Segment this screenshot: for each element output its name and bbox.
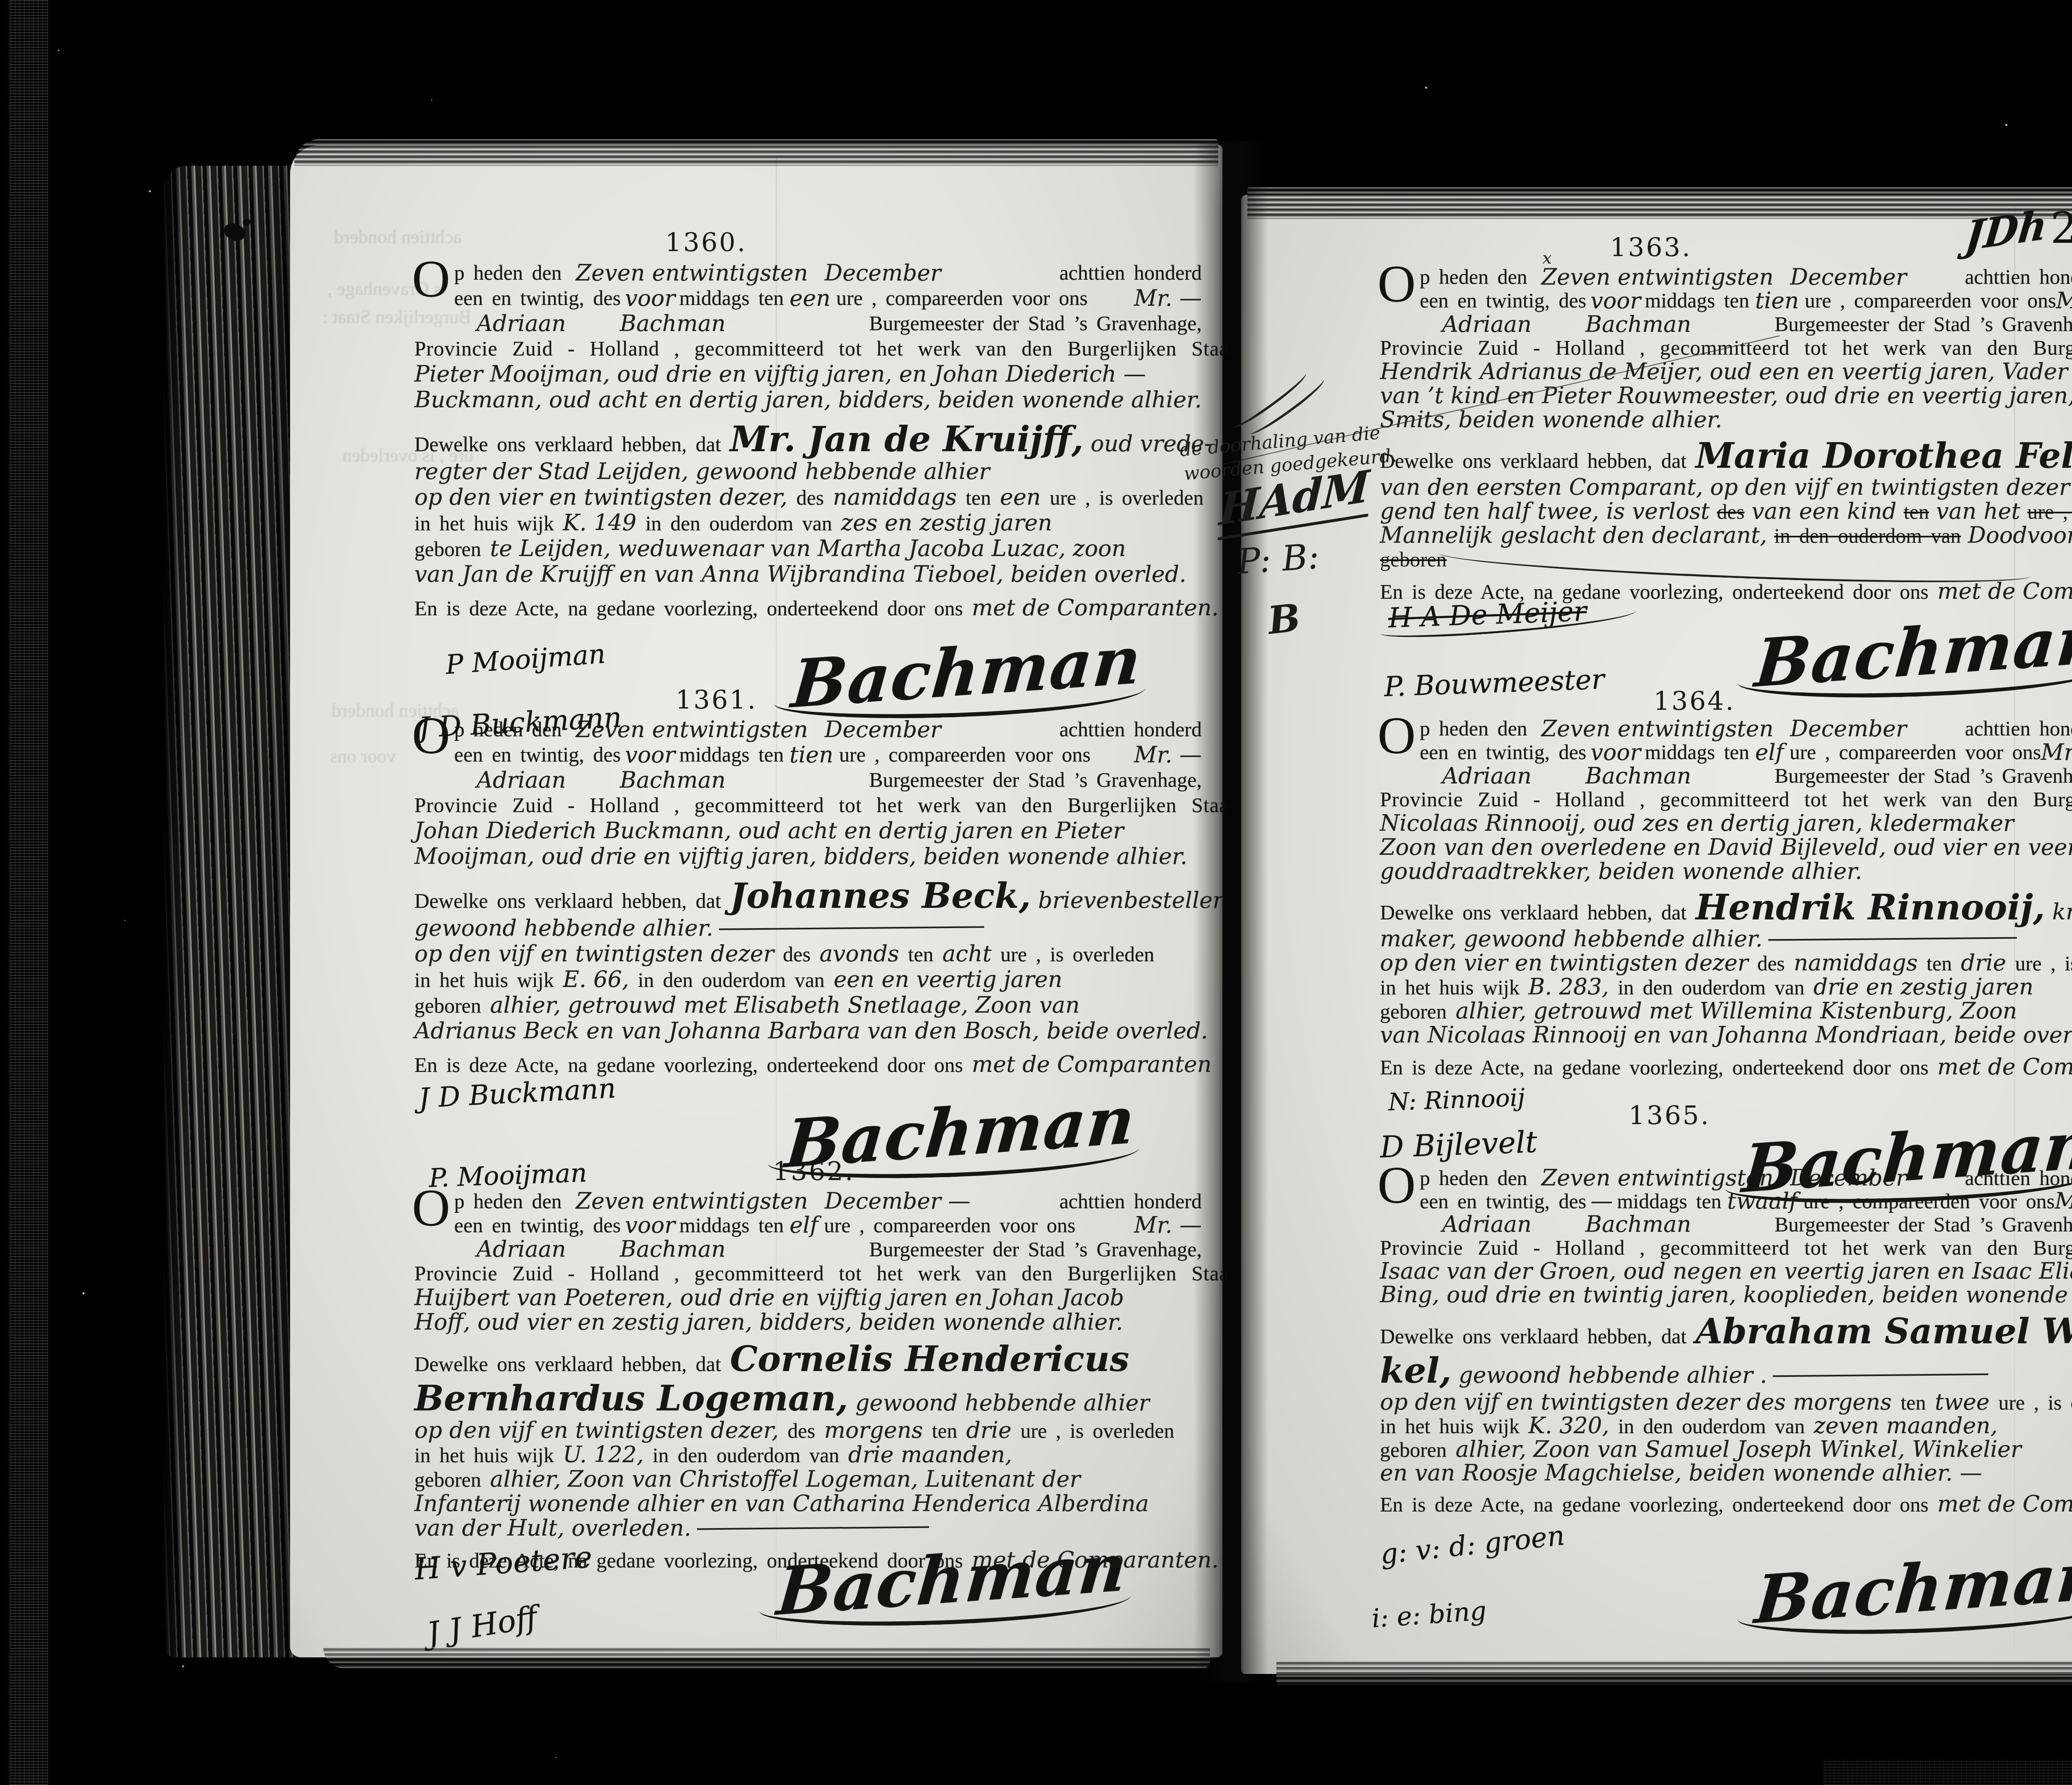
body-line: gend ten half twee, is verlost des van e… (1380, 499, 2072, 523)
printed-text: ure , is overleden (1041, 486, 1204, 509)
handwritten-date: Zeven entwintigsten (576, 260, 808, 285)
printed-text: middags ten (1645, 740, 1749, 764)
handwritten-text: van ’t kind en Pieter Rouwmeester, oud d… (1380, 382, 2072, 409)
printed-text: geboren (414, 1468, 490, 1491)
body-line: gewoond hebbende alhier. (414, 915, 1202, 941)
handwritten-text: een en veertig (833, 966, 997, 992)
handwritten-text: gewoond hebbende alhier . (1452, 1362, 1767, 1388)
witness-signature: P Mooijman (445, 639, 607, 681)
handwritten-date: Zeven entwintigsten (1542, 717, 1774, 740)
witness-signature: N: Rinnooij (1388, 1083, 1525, 1116)
handwritten-hour: elf (1755, 740, 1784, 764)
official-first-name: Adriaan (1442, 764, 1532, 788)
printed-text: een en twintig, des (454, 285, 621, 311)
handwritten-text: maker, gewoond hebbende alhier. (1380, 926, 1762, 952)
opening-line: AdriaanBachmanBurgemeester der Stad ’s G… (1380, 764, 2072, 788)
handwritten-daypart: voor (625, 285, 675, 311)
handwritten-text: drie (966, 1417, 1012, 1443)
deceased-name: kel, (1380, 1350, 1452, 1391)
handwritten-text: acht (942, 941, 992, 967)
printed-text: achttien honderd (1965, 265, 2072, 289)
printed-text: ure , compareerden voor ons (1805, 289, 2056, 312)
handwritten-text: Doodvoorgesteld . (1961, 522, 2072, 548)
deceased-name: Bernhardus Logeman, (414, 1378, 848, 1419)
handwritten-text: twee (1935, 1389, 1990, 1415)
entry-number: 1363. (1610, 232, 1692, 262)
printed-text: Burgemeester der Stad ’s Gravenhage, (869, 767, 1202, 793)
printed-text: een en twintig, des (454, 1213, 621, 1237)
body-line: Smits, beiden wonende alhier. (1380, 408, 2072, 432)
handwritten-text: een (1000, 484, 1041, 510)
printed-text: in den ouderdom van (644, 1444, 848, 1467)
handwritten-text: Pieter Mooijman, oud drie en vijftig jar… (414, 361, 1146, 387)
handwritten-text: alhier, getrouwd met Willemina Kistenbur… (1456, 998, 2017, 1024)
printed-text: Burgemeester der Stad ’s Gravenhage, (1774, 764, 2072, 788)
page-bottom-edge-right (1276, 1661, 2072, 1685)
handwritten-text: B. 283, (1528, 974, 1609, 1000)
handwritten-daypart: voor (625, 742, 675, 767)
bleedthrough-text: achttien honderd (334, 226, 462, 248)
printed-text: ure , compareerden voor ons (836, 285, 1088, 311)
deceased-name: Maria Dorothea Felkers, (1695, 435, 2072, 476)
handwritten-text: van den eersten Comparant, op den vijf e… (1380, 474, 2072, 500)
handwritten-text: Hoff, oud vier en zestig jaren, bidders,… (414, 1309, 1123, 1335)
official-first-name: Adriaan (1442, 312, 1532, 336)
opening-line: Provincie Zuid - Holland , gecommitteerd… (414, 1261, 1202, 1285)
official-last-name: Bachman (1585, 1213, 1691, 1236)
handwritten-text: Hendrik Adrianus de Meijer, oud een en v… (1380, 358, 2068, 385)
akte-entry: Op heden denZeven entwintigstenDecember … (414, 1189, 1202, 1572)
body-line: Hoff, oud vier en zestig jaren, bidders,… (414, 1310, 1202, 1334)
handwritten-month: December (825, 717, 941, 742)
body-line: Dewelke ons verklaard hebben, dat Johann… (414, 876, 1202, 915)
official-first-name: Adriaan (477, 767, 566, 793)
entry-number: 1360. (665, 227, 747, 257)
printed-text: ure , compareerden voor ons (839, 742, 1091, 767)
handwritten-hour: tien (1755, 289, 1799, 312)
handwritten-comparanten: met de Comparanten. (972, 595, 1219, 621)
opening-line: AdriaanBachmanBurgemeester der Stad ’s G… (414, 311, 1202, 336)
body-line: Infanterij wonende alhier en van Cathari… (414, 1491, 1202, 1516)
pen-stroke-icon (1773, 1374, 1988, 1377)
printed-text: achttien honderd (1059, 1189, 1202, 1213)
opening-line: Op heden denZeven entwintigstenDecembera… (1380, 265, 2072, 289)
body-line: geboren alhier, Zoon van Christoffel Log… (414, 1467, 1202, 1491)
deceased-name: Mr. Jan de Kruijff, (730, 418, 1083, 460)
entry-number: 1364. (1653, 686, 1736, 716)
printed-text: in het huis wijk (414, 512, 563, 535)
handwritten-text: van Nicolaas Rinnooij en van Johanna Mon… (1380, 1022, 2072, 1048)
printed-text: ure , compareerden voor ons (1790, 740, 2041, 764)
handwritten-mr: Mr. — (2041, 740, 2072, 764)
handwritten-text: E. 66, (563, 966, 629, 992)
printed-text: Burgemeester der Stad ’s Gravenhage, (1774, 1213, 2072, 1236)
body-line: van Jan de Kruijff en van Anna Wijbrandi… (414, 561, 1202, 587)
body-line: Isaac van der Groen, oud negen en veerti… (1380, 1259, 2072, 1283)
body-line: op den vier en twintigsten dezer des nam… (1380, 951, 2072, 975)
page-bottom-edge-left (323, 1647, 1210, 1669)
printed-text: Burgemeester der Stad ’s Gravenhage, (869, 1237, 1202, 1261)
body-line: Zoon van den overledene en David Bijleve… (1380, 835, 2072, 859)
printed-text: middags ten (679, 1213, 784, 1237)
printed-text: Dewelke ons verklaard hebben, dat (1380, 1325, 1695, 1348)
page-top-edge-right (1247, 187, 2072, 219)
official-last-name: Bachman (1585, 312, 1691, 336)
handwritten-comparanten: met de Comparanten (972, 1051, 1212, 1077)
handwritten-text: K. 149 (563, 510, 637, 536)
printed-text: achttien honderd (1059, 260, 1202, 285)
handwritten-text: van een kind (1745, 498, 1904, 524)
handwritten-text: van Jan de Kruijff en van Anna Wijbrandi… (414, 561, 1186, 587)
opening-line: AdriaanBachmanBurgemeester der Stad ’s G… (414, 767, 1202, 793)
printed-text: ten (1918, 952, 1961, 975)
printed-text: des (779, 1419, 824, 1442)
handwritten-hour: tien (789, 742, 833, 767)
handwritten-mr: Mr. — (1134, 285, 1202, 311)
handwritten-text: Buckmann, oud acht en dertig jaren, bidd… (414, 387, 1202, 413)
scan-root: { "form": { "drop_cap": "O", "opening_pr… (0, 0, 2072, 1785)
body-line: op den vijf en twintigsten dezer, des mo… (414, 1418, 1202, 1442)
pen-stroke-icon (719, 926, 984, 930)
handwritten-mr: Mr. — (1134, 742, 1202, 767)
page-number: 229 (2050, 204, 2072, 253)
body-line: in het huis wijk B. 283, in den ouderdom… (1380, 975, 2072, 999)
handwritten-month: December (1790, 265, 1907, 289)
handwritten-daypart: voor (625, 1213, 675, 1237)
page-crease-left (776, 157, 777, 1641)
printed-text: des (774, 943, 820, 966)
handwritten-text: alhier, Zoon van Christoffel Logeman, Lu… (490, 1466, 1081, 1492)
printed-text: des (1748, 952, 1794, 975)
official-first-name: Adriaan (1442, 1213, 1532, 1236)
handwritten-text: jaren (997, 966, 1063, 992)
corner-x-mark: x (1542, 249, 1552, 268)
akte-entry: Op heden denZeven entwintigstenDecembera… (414, 260, 1202, 621)
handwritten-text: Nicolaas Rinnooij, oud zes en dertig jar… (1380, 810, 2014, 836)
akte-entry: Op heden denZeven entwintigstenDecembera… (414, 717, 1202, 1077)
entry-number: 1365. (1629, 1100, 1711, 1130)
handwritten-text: jaren (986, 510, 1052, 536)
handwritten-text: te Leijden, weduwenaar van Martha Jacoba… (490, 535, 1126, 561)
body-line: Bing, oud drie en twintig jaren, kooplie… (1380, 1283, 2072, 1306)
closing-line: En is deze Acte, na gedane voorlezing, o… (1380, 1055, 2072, 1079)
printed-text: geboren (414, 537, 490, 561)
handwritten-text: gend ten half twee, is verlost (1380, 498, 1717, 524)
handwritten-daypart: voor (1590, 289, 1641, 312)
opening-line: een en twintig, desvoormiddags tentienur… (414, 742, 1202, 767)
bachman-signature: Bachman (782, 1081, 1139, 1183)
closing-line: En is deze Acte, na gedane voorlezing, o… (1380, 1492, 2072, 1516)
printed-text: ure , is overleden (1012, 1419, 1174, 1442)
body-line: geboren te Leijden, weduwenaar van Marth… (414, 536, 1202, 561)
witness-signature: g: v: d: groen (1379, 1519, 1566, 1570)
printed-text: middags ten (1617, 1190, 1721, 1213)
witness-signature: J J Hoff (425, 1599, 540, 1652)
body-line: maker, gewoond hebbende alhier. (1380, 927, 2072, 951)
handwritten-text: namiddags (833, 484, 957, 510)
printed-text: Burgemeester der Stad ’s Gravenhage, (869, 311, 1202, 336)
bachman-signature: Bachman (1752, 601, 2072, 703)
opening-line: een en twintig, desvoormiddags tentienur… (1380, 289, 2072, 312)
body-line: gouddraadtrekker, beiden wonende alhier. (1380, 859, 2072, 883)
printed-text: des (787, 486, 833, 509)
page-stack-edge-left (162, 166, 299, 1657)
handwritten-text: Adrianus Beck en van Johanna Barbara van… (414, 1018, 1208, 1044)
printed-text: Dewelke ons verklaard hebben, dat (1380, 449, 1695, 472)
handwritten-text: gewoond hebbende alhier (848, 1390, 1150, 1416)
opening-line: Provincie Zuid - Holland , gecommitteerd… (414, 336, 1202, 361)
handwritten-text: alhier, getrouwd met Elisabeth Snetlaage… (490, 992, 1080, 1018)
handwritten-text: op den vijf en twintigsten dezer des mor… (1380, 1389, 1892, 1415)
printed-text: een en twintig, des (1420, 1190, 1586, 1213)
opening-line: een en twintig, desvoormiddags teneenure… (414, 285, 1202, 311)
handwritten-text: op den vier en twintigsten dezer (1380, 950, 1748, 976)
pen-stroke-icon (1768, 937, 2017, 941)
opening-line: Provincie Zuid - Holland , gecommitteerd… (1380, 1236, 2072, 1259)
printed-text: p heden den (1420, 1166, 1527, 1190)
body-line: Mooijman, oud drie en vijftig jaren, bid… (414, 844, 1202, 869)
handwritten-daypart: voor (1590, 740, 1641, 764)
witness-signature: P. Bouwmeester (1384, 663, 1605, 703)
pen-stroke-icon (697, 1526, 929, 1530)
handwritten-text: avonds (820, 941, 899, 967)
printed-text: ten (899, 943, 942, 966)
printed-text: Provincie Zuid - Holland , gecommitteerd… (414, 337, 1256, 360)
official-first-name: Adriaan (477, 311, 566, 336)
body-line: in het huis wijk U. 122, in den ouderdom… (414, 1442, 1202, 1467)
handwritten-comparanten: met de Comparanten (1937, 1491, 2072, 1517)
printed-text: Dewelke ons verklaard hebben, dat (1380, 901, 1695, 924)
left-page: 1360.1361.1362.Op heden denZeven entwint… (290, 145, 1222, 1657)
body-line: Adrianus Beck en van Johanna Barbara van… (414, 1018, 1202, 1044)
handwritten-mr: Mr. — (2055, 1190, 2072, 1213)
opening-line: Op heden denZeven entwintigstenDecembera… (414, 260, 1202, 285)
handwritten-text: knoop- (2045, 899, 2072, 925)
printed-text: ten (1892, 1391, 1935, 1414)
witness-signature: H A De Meijer (1388, 595, 1587, 634)
printed-text: achttien honderd (1965, 717, 2072, 740)
handwritten-text: Huijbert van Poeteren, oud drie en vijft… (414, 1284, 1124, 1311)
bleedthrough-text: voor ons (330, 745, 396, 767)
deceased-name: Abraham Samuel Win- (1695, 1311, 2072, 1352)
printed-text: En is deze Acte, na gedane voorlezing, o… (1380, 1056, 1937, 1079)
opening-line: een en twintig, desvoormiddags tenelfure… (414, 1213, 1202, 1237)
body-line: Buckmann, oud acht en dertig jaren, bidd… (414, 387, 1202, 413)
handwritten-text: Bing, oud drie en twintig jaren, kooplie… (1380, 1282, 2072, 1308)
printed-text: Provincie Zuid - Holland , gecommitteerd… (414, 1262, 1256, 1285)
body-line: Dewelke ons verklaard hebben, dat Cornel… (414, 1339, 1202, 1379)
bleedthrough-text: ’s Gravenhage , (327, 278, 446, 300)
bachman-signature: Bachman (789, 622, 1145, 723)
body-line: op den vijf en twintigsten dezer des avo… (414, 941, 1202, 967)
printed-text: p heden den (1420, 265, 1527, 289)
handwritten-month: December (825, 260, 941, 285)
printed-text-struck: in den ouderdom van (1774, 524, 1961, 547)
printed-text: Provincie Zuid - Holland , gecommitteerd… (1380, 788, 2072, 811)
handwritten-text: van het (1929, 498, 2027, 524)
handwritten-text: morgens (824, 1417, 923, 1443)
handwritten-mr: Mr. — (1134, 1213, 1202, 1237)
body-line: Nicolaas Rinnooij, oud zes en dertig jar… (1380, 811, 2072, 835)
printed-text: ten (923, 1419, 966, 1442)
deceased-name: Hendrik Rinnooij, (1695, 887, 2045, 928)
printed-text: ten (957, 486, 1000, 509)
body-line: geboren alhier, Zoon van Samuel Joseph W… (1380, 1437, 2072, 1461)
printed-text-struck: geboren (1380, 548, 1447, 571)
scanline-noise-bottom (1823, 1759, 2072, 1785)
printed-text: in het huis wijk (414, 1444, 563, 1467)
body-line: en van Roosje Magchielse, beiden wonende… (1380, 1461, 2072, 1485)
book-gutter (1193, 141, 1268, 1682)
opening-line: Op heden denZeven entwintigstenDecembera… (1380, 717, 2072, 740)
margin-note-initial-partial: B (1266, 595, 1303, 643)
body-line: Bernhardus Logeman, gewoond hebbende alh… (414, 1379, 1202, 1418)
handwritten-text: op den vier en twintigsten dezer, (414, 484, 787, 510)
page-top-edge-left (294, 139, 1218, 166)
printed-text: Dewelke ons verklaard hebben, dat (414, 1352, 730, 1376)
handwritten-daypart: — (1590, 1190, 1613, 1213)
handwritten-mr: Mr. — (2056, 289, 2072, 312)
body-line: van Nicolaas Rinnooij en van Johanna Mon… (1380, 1023, 2072, 1047)
body-line: kel, gewoond hebbende alhier . (1380, 1351, 2072, 1390)
printed-text: in den ouderdom van (629, 968, 834, 992)
printed-text: middags ten (679, 742, 784, 767)
printed-text: Provincie Zuid - Holland , gecommitteerd… (414, 793, 1256, 817)
handwritten-text: op den vijf en twintigsten dezer (414, 941, 774, 967)
witness-signature: J D Buckmann (418, 1072, 617, 1115)
official-last-name: Bachman (1585, 764, 1691, 788)
deceased-name: Johannes Beck, (730, 875, 1031, 916)
handwritten-text: gewoond hebbende alhier. (414, 915, 713, 941)
handwritten-text: op den vijf en twintigsten dezer, (414, 1417, 779, 1443)
official-first-name: Adriaan (477, 1237, 566, 1261)
body-line: in het huis wijk E. 66, in den ouderdom … (414, 967, 1202, 992)
handwritten-hour: elf (789, 1213, 818, 1237)
body-line: geboren alhier, getrouwd met Willemina K… (1380, 999, 2072, 1023)
body-line: van den eersten Comparant, op den vijf e… (1380, 475, 2072, 499)
printed-text: p heden den (454, 260, 562, 285)
handwritten-text: K. 320, (1528, 1413, 1609, 1439)
handwritten-text: drie maanden, (848, 1442, 1012, 1468)
handwritten-hour: een (789, 285, 830, 311)
handwritten-text: jaren (1968, 974, 2033, 1000)
printed-text: p heden den (454, 1189, 562, 1213)
handwritten-text: Smits, beiden wonende alhier. (1380, 406, 1722, 433)
handwritten-text: regter der Stad Leijden, gewoond hebbend… (414, 458, 990, 484)
printed-text: middags ten (1645, 289, 1749, 312)
body-line: Johan Diederich Buckmann, oud acht en de… (414, 818, 1202, 844)
closing-line: En is deze Acte, na gedane voorlezing, o… (414, 595, 1202, 621)
opening-line: AdriaanBachmanBurgemeester der Stad ’s G… (1380, 1213, 2072, 1236)
printed-text-struck: ure (2027, 500, 2054, 523)
body-line: Dewelke ons verklaard hebben, dat Mr. Ja… (414, 419, 1202, 459)
body-line: Dewelke ons verklaard hebben, dat Abraha… (1380, 1311, 2072, 1351)
bleedthrough-text: Burgerlijken Staat : (322, 306, 471, 328)
printed-text: een en twintig, des (454, 742, 621, 767)
official-last-name: Bachman (620, 311, 726, 336)
dust-specks (58, 50, 59, 51)
body-line: Hendrik Adrianus de Meijer, oud een en v… (1380, 360, 2072, 384)
margin-note-initials: P: B: (1236, 536, 1321, 582)
printed-text: ure , is overleden (1990, 1391, 2072, 1414)
body-line: Dewelke ons verklaard hebben, dat Maria … (1380, 436, 2072, 475)
handwritten-text: Johan Diederich Buckmann, oud acht en de… (414, 818, 1124, 844)
akte-entry: Op heden denZeven entwintigstenDecembera… (1380, 1166, 2072, 1516)
printed-text: En is deze Acte, na gedane voorlezing, o… (1380, 1493, 1937, 1516)
akte-entry: Op heden denZeven entwintigstenDecembera… (1380, 717, 2072, 1079)
right-page: 1363.1364.1365.Op heden denZeven entwint… (1241, 195, 2072, 1674)
printed-text-struck: ten (1904, 500, 1929, 523)
opening-line: Provincie Zuid - Holland , gecommitteerd… (414, 793, 1202, 818)
printed-text: geboren (414, 994, 490, 1017)
handwritten-text: en van Roosje Magchielse, beiden wonende… (1380, 1460, 1982, 1486)
printed-text: in het huis wijk (1380, 1415, 1528, 1438)
handwritten-text: zeven maanden, (1814, 1413, 1998, 1439)
body-line: Huijbert van Poeteren, oud drie en vijft… (414, 1285, 1202, 1310)
bleedthrough-text: ure , is overleden (342, 444, 474, 466)
body-line: op den vijf en twintigsten dezer des mor… (1380, 1390, 2072, 1414)
page-crease-right (2014, 207, 2015, 1649)
entry-number: 1361. (675, 684, 758, 715)
printed-text: En is deze Acte, na gedane voorlezing, o… (414, 1053, 972, 1076)
printed-text: geboren (1380, 1000, 1456, 1023)
handwritten-text: van der Hult, overleden. (414, 1515, 691, 1541)
printed-text: ure , is overleden (992, 943, 1155, 966)
handwritten-month: December (1790, 717, 1907, 740)
body-line: in het huis wijk K. 320, in den ouderdom… (1380, 1414, 2072, 1437)
bachman-signature: Bachman (1752, 1537, 2072, 1639)
opening-line: Provincie Zuid - Holland , gecommitteerd… (1380, 788, 2072, 811)
printed-text: Provincie Zuid - Holland , gecommitteerd… (1380, 1236, 2072, 1259)
printed-text: een en twintig, des (1420, 740, 1586, 764)
handwritten-text: Isaac van der Groen, oud negen en veerti… (1380, 1258, 2072, 1284)
opening-line: AdriaanBachmanBurgemeester der Stad ’s G… (1380, 312, 2072, 336)
bleedthrough-text: achttien honderd (332, 699, 459, 721)
body-line: in het huis wijk K. 149 in den ouderdom … (414, 510, 1202, 536)
handwritten-date: Zeven entwintigsten (576, 1189, 808, 1213)
printed-text: En is deze Acte, na gedane voorlezing, o… (414, 597, 972, 620)
deceased-name: Cornelis Hendericus (730, 1338, 1129, 1379)
handwritten-text: alhier, Zoon van Samuel Joseph Winkel, W… (1456, 1436, 2021, 1462)
printed-text-struck: , is overleden (2054, 500, 2072, 523)
body-line: Pieter Mooijman, oud drie en vijftig jar… (414, 361, 1202, 387)
body-line: op den vier en twintigsten dezer, des na… (414, 484, 1202, 510)
body-line: geboren alhier, getrouwd met Elisabeth S… (414, 992, 1202, 1018)
printed-text: achttien honderd (1059, 717, 1202, 742)
official-last-name: Bachman (620, 1237, 726, 1261)
printed-text: in den ouderdom van (1609, 976, 1813, 999)
witness-signature: i: e: bing (1371, 1595, 1487, 1633)
handwritten-text: Infanterij wonende alhier en van Cathari… (414, 1490, 1149, 1517)
printed-text: in den ouderdom van (637, 512, 841, 535)
witness-signature: P. Mooijman (428, 1157, 588, 1193)
opening-line: een en twintig, desvoormiddags tenelfure… (1380, 740, 2072, 764)
printed-text: Burgemeester der Stad ’s Gravenhage, (1774, 312, 2072, 336)
film-edge-noise-left (9, 0, 48, 1785)
body-line: Dewelke ons verklaard hebben, dat Hendri… (1380, 888, 2072, 927)
handwritten-text: zes en zestig (841, 510, 986, 536)
official-last-name: Bachman (620, 767, 726, 793)
handwritten-text: Mooijman, oud drie en vijftig jaren, bid… (414, 843, 1187, 869)
printed-text: geboren (1380, 1438, 1456, 1461)
printed-text-struck: des (1717, 500, 1745, 523)
handwritten-text: namiddags (1794, 950, 1918, 976)
handwritten-month: December — (825, 1189, 971, 1213)
printed-text: p heden den (1420, 717, 1527, 740)
witness-signature: D Bijlevelt (1380, 1124, 1538, 1164)
closing-line: En is deze Acte, na gedane voorlezing, o… (414, 1051, 1202, 1077)
printed-text: ure , is overleden (2006, 952, 2072, 975)
